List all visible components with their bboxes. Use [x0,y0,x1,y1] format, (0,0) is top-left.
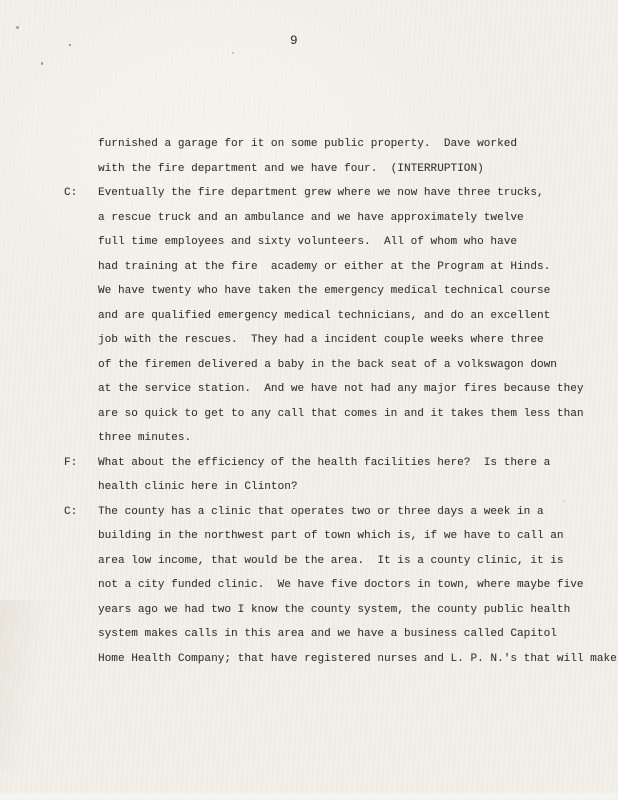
transcript-line: three minutes. [98,426,618,451]
transcript-line: had training at the fire academy or eith… [98,255,618,280]
speaker-label: C: [64,181,77,206]
transcript-line: We have twenty who have taken the emerge… [98,279,618,304]
transcript-paragraph: furnished a garage for it on some public… [0,132,618,181]
transcript-line: are so quick to get to any call that com… [98,402,618,427]
transcript-line: Eventually the fire department grew wher… [98,181,618,206]
paper-speck [563,500,566,502]
transcript-line: building in the northwest part of town w… [98,524,618,549]
transcript-line: not a city funded clinic. We have five d… [98,573,618,598]
transcript-line: of the firemen delivered a baby in the b… [98,353,618,378]
transcript-line: What about the efficiency of the health … [98,451,618,476]
paper-speck [69,44,71,46]
page-number: 9 [290,34,298,48]
transcript-body: furnished a garage for it on some public… [0,132,618,671]
paragraph-lines: Eventually the fire department grew wher… [98,181,618,451]
paper-speck [16,26,19,29]
transcript-line: Home Health Company; that have registere… [98,647,618,672]
document-page: 9 furnished a garage for it on some publ… [0,0,618,800]
transcript-line: with the fire department and we have fou… [98,157,618,182]
speaker-label: F: [64,451,77,476]
transcript-line: a rescue truck and an ambulance and we h… [98,206,618,231]
paper-speck [41,62,43,65]
paragraph-lines: furnished a garage for it on some public… [98,132,618,181]
paragraph-lines: The county has a clinic that operates tw… [98,500,618,672]
transcript-line: at the service station. And we have not … [98,377,618,402]
transcript-line: health clinic here in Clinton? [98,475,618,500]
transcript-line: and are qualified emergency medical tech… [98,304,618,329]
paragraph-lines: What about the efficiency of the health … [98,451,618,500]
transcript-line: job with the rescues. They had a inciden… [98,328,618,353]
transcript-line: system makes calls in this area and we h… [98,622,618,647]
transcript-paragraph: F: What about the efficiency of the heal… [0,451,618,500]
transcript-line: full time employees and sixty volunteers… [98,230,618,255]
transcript-line: years ago we had two I know the county s… [98,598,618,623]
paper-speck [232,52,234,54]
scan-bottom-edge [0,792,618,800]
transcript-line: area low income, that would be the area.… [98,549,618,574]
transcript-paragraph: C: The county has a clinic that operates… [0,500,618,672]
transcript-line: The county has a clinic that operates tw… [98,500,618,525]
transcript-line: furnished a garage for it on some public… [98,132,618,157]
speaker-label: C: [64,500,77,525]
transcript-paragraph: C: Eventually the fire department grew w… [0,181,618,451]
